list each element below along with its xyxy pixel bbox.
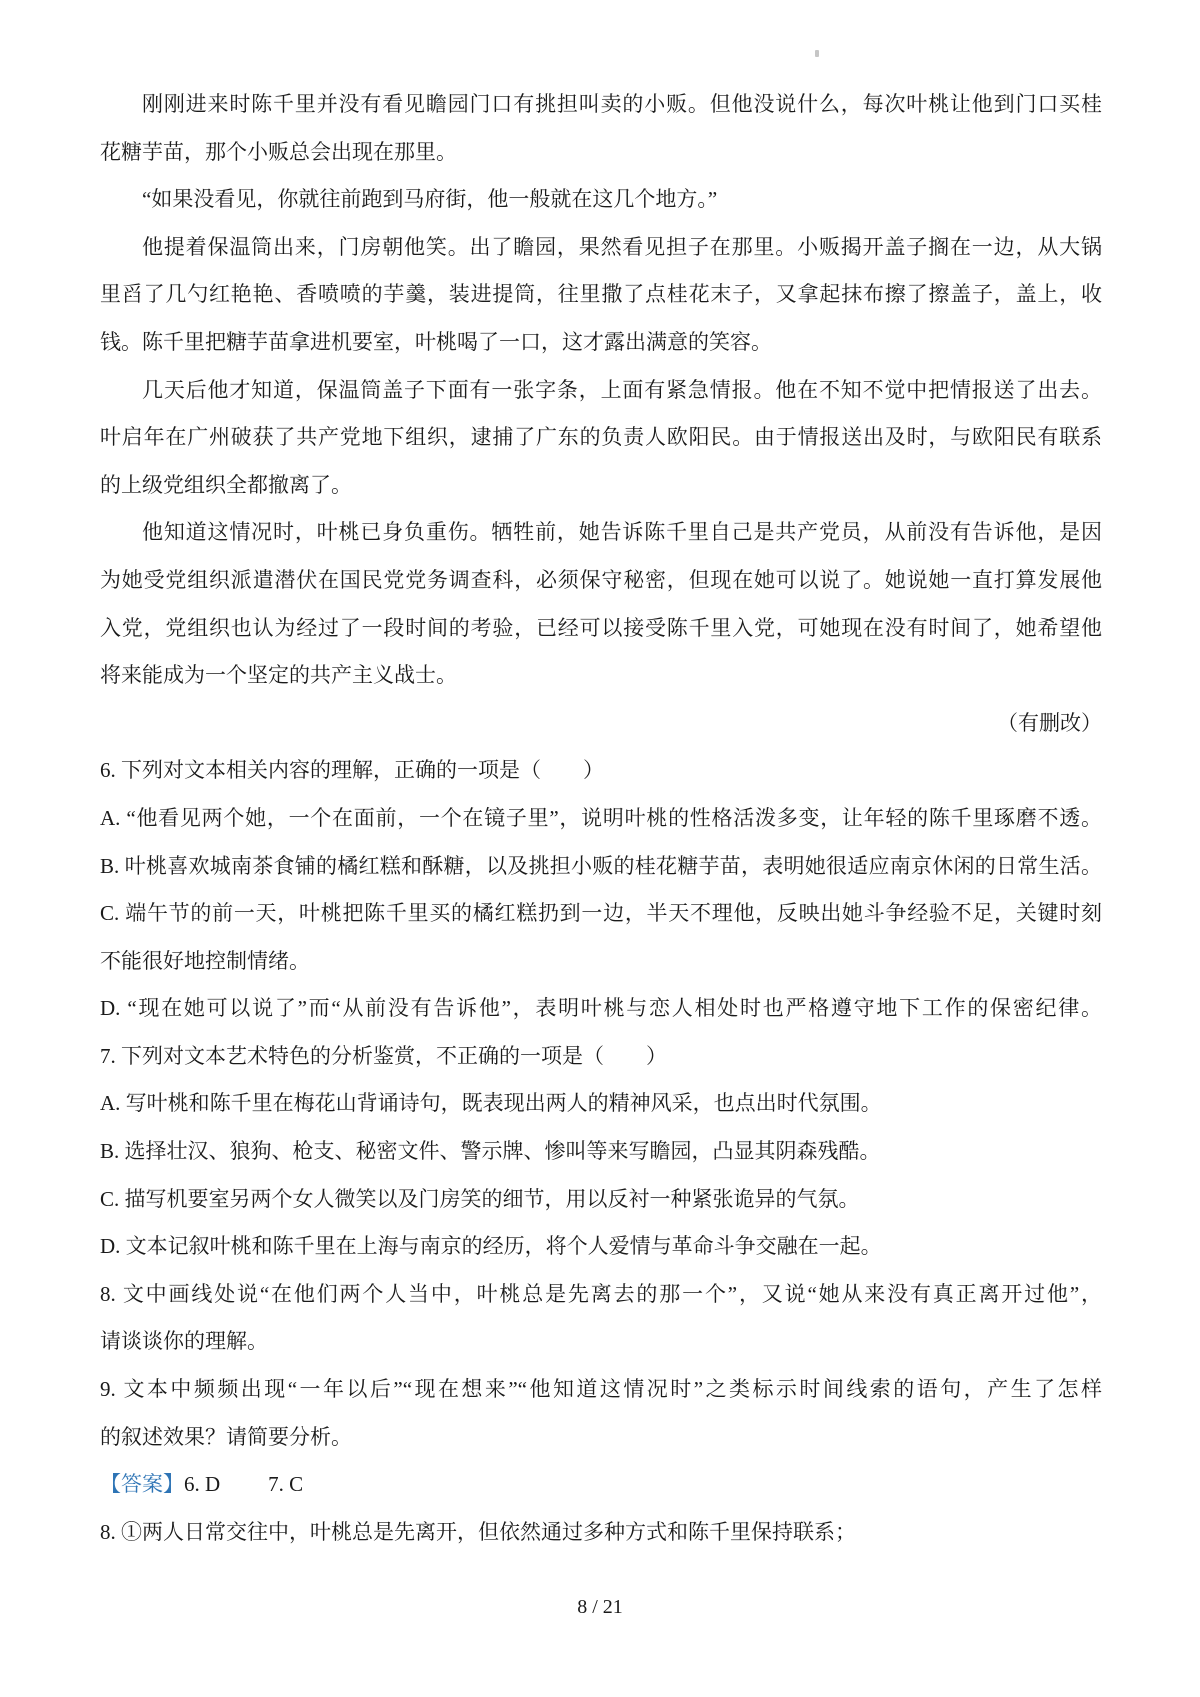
question-7-option-d: D. 文本记叙叶桃和陈千里在上海与南京的经历，将个人爱情与革命斗争交融在一起。: [100, 1223, 1102, 1271]
story-line: 钱。陈千里把糖芋苗拿进机要室，叶桃喝了一口，这才露出满意的笑容。: [100, 319, 1102, 367]
story-line: 他提着保温筒出来，门房朝他笑。出了瞻园，果然看见担子在那里。小贩揭开盖子搁在一边…: [100, 224, 1102, 272]
story-line: 花糖芋苗，那个小贩总会出现在那里。: [100, 129, 1102, 177]
question-7-option-a: A. 写叶桃和陈千里在梅花山背诵诗句，既表现出两人的精神风采，也点出时代氛围。: [100, 1080, 1102, 1128]
answer-label: 【答案】: [100, 1472, 184, 1496]
question-9-stem: 9. 文本中频频出现“一年以后”“现在想来”“他知道这情况时”之类标示时间线索的…: [100, 1366, 1102, 1414]
answer-q6: 6. D: [184, 1472, 220, 1496]
source-note: （有删改）: [100, 700, 1102, 748]
question-8-stem-cont: 请谈谈你的理解。: [100, 1318, 1102, 1366]
story-line: 他知道这情况时，叶桃已身负重伤。牺牲前，她告诉陈千里自己是共产党员，从前没有告诉…: [100, 509, 1102, 557]
story-line: “如果没看见，你就往前跑到马府街，他一般就在这几个地方。”: [100, 176, 1102, 224]
story-line: 叶启年在广州破获了共产党地下组织，逮捕了广东的负责人欧阳民。由于情报送出及时，与…: [100, 414, 1102, 462]
story-line: 入党，党组织也认为经过了一段时间的考验，已经可以接受陈千里入党，可她现在没有时间…: [100, 605, 1102, 653]
answer-section: 【答案】6. D7. C: [100, 1461, 1102, 1509]
question-6-stem: 6. 下列对文本相关内容的理解，正确的一项是（ ）: [100, 747, 1102, 795]
story-line: 刚刚进来时陈千里并没有看见瞻园门口有挑担叫卖的小贩。但他没说什么，每次叶桃让他到…: [100, 81, 1102, 129]
question-7-option-b: B. 选择壮汉、狼狗、枪支、秘密文件、警示牌、惨叫等来写瞻园，凸显其阴森残酷。: [100, 1128, 1102, 1176]
story-line: 里舀了几勺红艳艳、香喷喷的芋羹，装进提筒，往里撒了点桂花末子，又拿起抹布擦了擦盖…: [100, 271, 1102, 319]
question-6-option-c-cont: 不能很好地控制情绪。: [100, 938, 1102, 986]
question-8-stem: 8. 文中画线处说“在他们两个人当中，叶桃总是先离去的那一个”，又说“她从来没有…: [100, 1271, 1102, 1319]
question-7-option-c: C. 描写机要室另两个女人微笑以及门房笑的细节，用以反衬一种紧张诡异的气氛。: [100, 1176, 1102, 1224]
question-6-option-d: D. “现在她可以说了”而“从前没有告诉他”，表明叶桃与恋人相处时也严格遵守地下…: [100, 985, 1102, 1033]
question-7-stem: 7. 下列对文本艺术特色的分析鉴赏，不正确的一项是（ ）: [100, 1033, 1102, 1081]
answer-8-point-1: 8. ①两人日常交往中，叶桃总是先离开，但依然通过多种方式和陈千里保持联系；: [100, 1509, 1102, 1557]
stray-dot: [815, 50, 819, 57]
story-line: 几天后他才知道，保温筒盖子下面有一张字条，上面有紧急情报。他在不知不觉中把情报送…: [100, 367, 1102, 415]
story-line: 为她受党组织派遣潜伏在国民党党务调查科，必须保守秘密，但现在她可以说了。她说她一…: [100, 557, 1102, 605]
document-page: 刚刚进来时陈千里并没有看见瞻园门口有挑担叫卖的小贩。但他没说什么，每次叶桃让他到…: [100, 81, 1102, 1556]
story-line: 的上级党组织全都撤离了。: [100, 462, 1102, 510]
question-6-option-c: C. 端午节的前一天，叶桃把陈千里买的橘红糕扔到一边，半天不理他，反映出她斗争经…: [100, 890, 1102, 938]
page-number: 8 / 21: [0, 1592, 1200, 1622]
question-9-stem-cont: 的叙述效果？请简要分析。: [100, 1414, 1102, 1462]
question-6-option-b: B. 叶桃喜欢城南茶食铺的橘红糕和酥糖，以及挑担小贩的桂花糖芋苗，表明她很适应南…: [100, 843, 1102, 891]
story-line: 将来能成为一个坚定的共产主义战士。: [100, 652, 1102, 700]
answer-q7: 7. C: [268, 1472, 303, 1496]
question-6-option-a: A. “他看见两个她，一个在面前，一个在镜子里”，说明叶桃的性格活泼多变，让年轻…: [100, 795, 1102, 843]
